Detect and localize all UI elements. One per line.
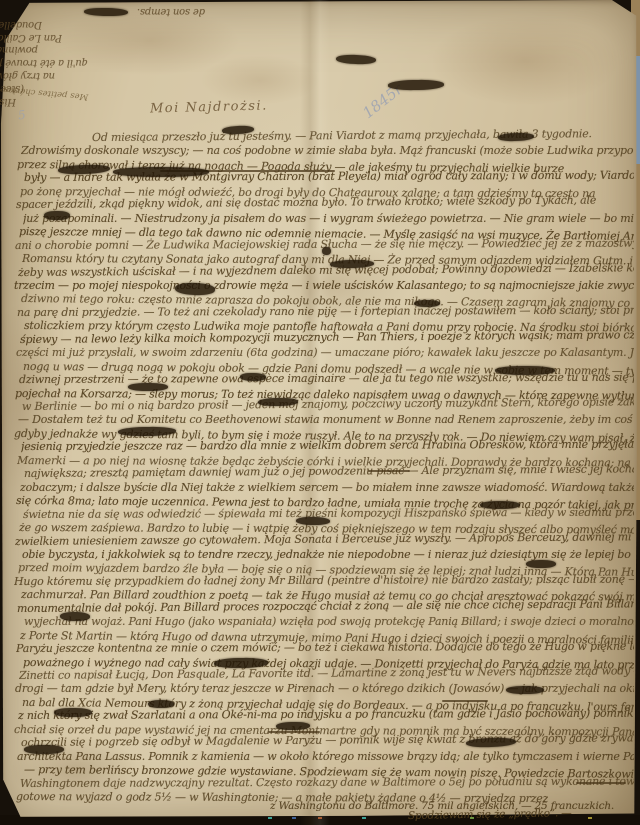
scan-noise-speck	[292, 817, 296, 819]
ink-blot	[148, 700, 174, 708]
ink-blot	[526, 560, 556, 568]
letter-line: wyjechał na wojaż. Pani Hugo (jako wspan…	[24, 615, 634, 628]
scan-noise-speck	[318, 817, 322, 819]
inverted-postscript-line: qu'il a été trouvé flagrant dans le lit …	[0, 57, 88, 68]
ink-blot	[480, 501, 520, 509]
letter-line: architekta Pana Lassus. Pomnik z kamieni…	[17, 750, 634, 763]
ink-underline	[368, 470, 410, 472]
ink-blot	[322, 247, 331, 255]
letter-line: zobaczym; i dalsze byście dla Niej także…	[20, 481, 634, 494]
inverted-postscript-line: na trzy głów i wszystkie podobne sztuki.…	[0, 70, 55, 81]
ink-underline	[442, 700, 488, 702]
letter-line: Hugo któremu się przypadkiem do ładnej ż…	[14, 572, 634, 587]
letter-line: Zdrowiśmy doskonale wszyscy; — na coś po…	[21, 144, 634, 157]
ink-blot	[24, 745, 64, 754]
ink-blot	[113, 167, 209, 177]
salutation: Moi Najdrożsi.	[150, 98, 268, 116]
scan-noise-speck	[268, 817, 272, 819]
ink-blot	[296, 517, 330, 526]
scan-noise-speck	[470, 817, 474, 819]
ink-underline	[576, 782, 626, 784]
ink-blot	[506, 686, 544, 694]
letter-line: — Dostałem też tu od Komitetu co Beethov…	[18, 413, 634, 426]
inverted-postscript-line: Pan Le Caillou musicienne — propriétaire…	[0, 32, 62, 43]
ink-blot	[128, 383, 168, 391]
inverted-postscript-line: powinnaż się wznieść do château comme ce…	[0, 44, 38, 55]
scan-noise-speck	[588, 817, 592, 819]
ink-blot	[495, 366, 555, 375]
letter-line: Paryżu jeszcze kontentna ze mnie o czem …	[16, 640, 634, 655]
manuscript-scan: Moi Najdrożsi. 1845r 5 Mes petites chéri…	[0, 0, 640, 825]
letter-line: już pozapominali. — Niestrudzony ja pisa…	[23, 212, 634, 225]
inverted-postscript-line: Doudelle jest która nazwisk pasażu il — …	[0, 19, 42, 30]
ink-blot	[240, 373, 266, 381]
letter-line: części mi już przysłali, w swoim zdarzen…	[16, 346, 634, 359]
ink-blot	[60, 612, 90, 622]
ink-blot	[44, 211, 70, 220]
letter-line: trzecim — po mojej niespokojności o zdro…	[14, 279, 634, 292]
ink-blot	[414, 300, 440, 307]
letter-line: na parę dni przyjedzie. — To też ani cze…	[17, 303, 634, 318]
letter-line: Washingtonem daje nadzwyczajny rezultat.…	[20, 774, 634, 789]
inverted-postscript-line: Hiszpanka oddam Hugole dla Kalasantego. …	[0, 96, 16, 107]
scan-noise-speck	[362, 817, 366, 819]
inverted-postscript-line: de son temps.	[137, 6, 205, 17]
letter-line: obie byczysta, i jakkolwiek są to tendre…	[22, 548, 634, 561]
ink-underline	[268, 731, 320, 733]
ink-blot	[54, 708, 92, 717]
